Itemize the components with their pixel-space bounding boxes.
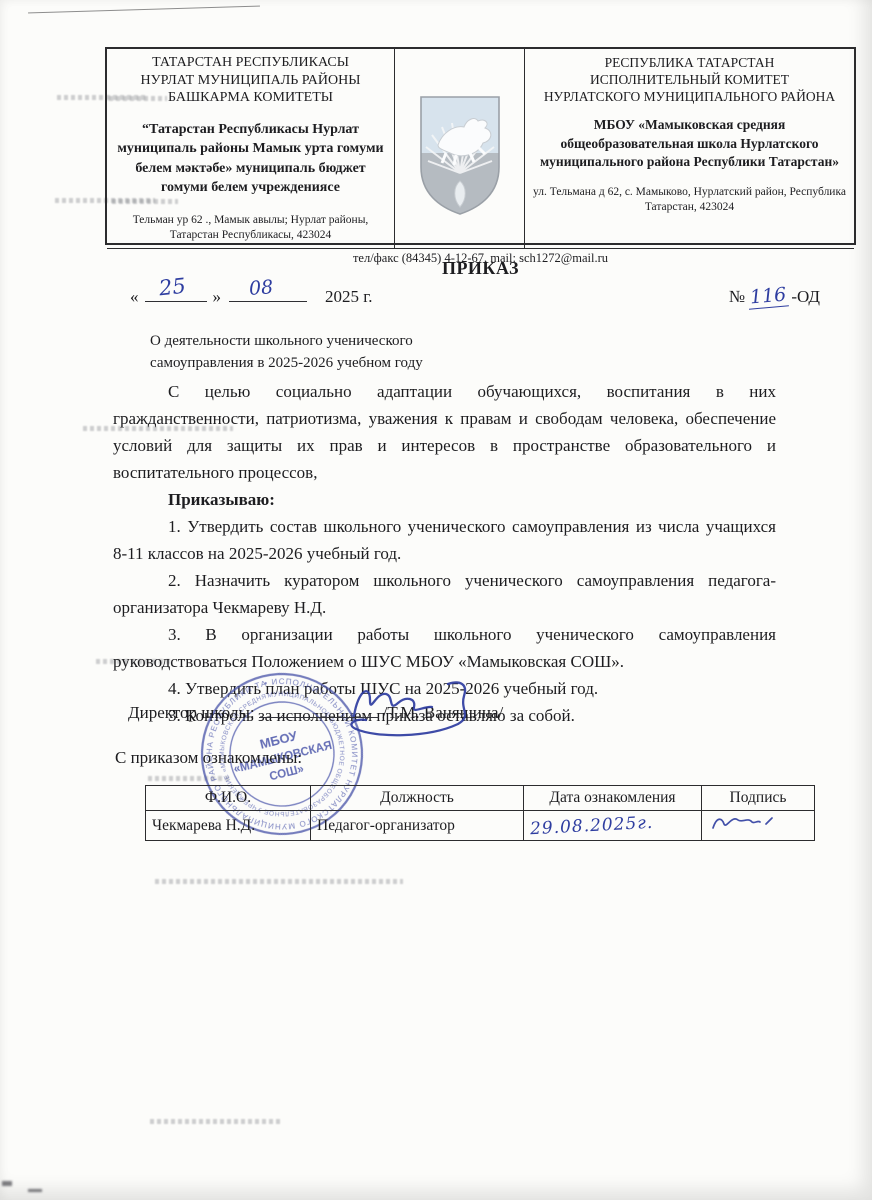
resolve-word: Приказываю: [113,486,776,513]
quote-open: « [130,287,139,307]
address-russian: ул. Тельмана д 62, с. Мамыково, Нурлатск… [532,185,847,215]
director-role-label: Директор школы: [128,703,255,723]
handwritten-month: 08 [248,276,274,300]
order-item: 3. В организации работы школьного ученич… [113,621,776,675]
address-tatar: Тельман ур 62 ., Мамык авылы; Нурлат рай… [114,213,387,243]
letterhead-right-russian: РЕСПУБЛИКА ТАТАРСТАН ИСПОЛНИТЕЛЬНЫЙ КОМИ… [525,49,854,248]
table-row: Чекмарева Н.Д. Педагог-организатор 29.08… [146,811,815,841]
order-item: 1. Утвердить состав школьного ученическо… [113,513,776,567]
order-body: С целью социально адаптации обучающихся,… [113,378,776,729]
month-blank: 08 [229,281,307,302]
order-item: 2. Назначить куратором школьного учениче… [113,567,776,621]
order-title: ПРИКАЗ [105,258,856,279]
ack-signature-icon [708,812,778,834]
cell-fio: Чекмарева Н.Д. [146,811,311,841]
director-signature-line: Директор школы: /Т.М. Ваняшина/ [128,701,503,723]
scanned-order-document: ТАТАРСТАН РЕСПУБЛИКАСЫ НУРЛАТ МУНИЦИПАЛЬ… [0,0,872,1200]
subject-line-2: самоуправления в 2025-2026 учебном году [150,352,423,374]
handwritten-day: 25 [157,274,186,301]
ack-table-header-row: Ф.И.О. Должность Дата ознакомления Подпи… [146,786,815,811]
quote-close: » [213,287,222,307]
col-header-fio: Ф.И.О. [146,786,311,811]
order-number-group: № 116 -ОД [729,285,820,308]
org-line: НУРЛАТ МУНИЦИПАЛЬ РАЙОНЫ [114,72,387,90]
org-line: НУРЛАТСКОГО МУНИЦИПАЛЬНОГО РАЙОНА [532,88,847,105]
order-item: 4. Утвердить план работы ШУС на 2025-202… [113,675,776,702]
ack-table: Ф.И.О. Должность Дата ознакомления Подпи… [145,785,815,841]
order-subject: О деятельности школьного ученического са… [150,330,423,374]
bleed-through-artifact [148,776,230,781]
number-sign: № [729,287,745,307]
scan-edge-artifact [28,6,260,14]
org-line: ТАТАРСТАН РЕСПУБЛИКАСЫ [114,54,387,72]
col-header-date: Дата ознакомления [524,786,702,811]
ack-heading: С приказом ознакомлены: [115,748,302,768]
date-number-line: « 25 » 08 2025 г. № 116 -ОД [130,281,820,308]
number-suffix: -ОД [791,287,820,307]
letterhead-left-tatar: ТАТАРСТАН РЕСПУБЛИКАСЫ НУРЛАТ МУНИЦИПАЛЬ… [107,49,395,248]
cell-signature [702,811,815,841]
director-name: /Т.М. Ваняшина/ [383,703,504,723]
signature-rule [259,701,379,718]
bleed-through-artifact [150,1119,282,1124]
preamble-paragraph: С целью социально адаптации обучающихся,… [113,378,776,486]
subject-line-1: О деятельности школьного ученического [150,330,423,352]
org-line: БАШКАРМА КОМИТЕТЫ [114,89,387,107]
org-line: РЕСПУБЛИКА ТАТАРСТАН [532,54,847,71]
coat-of-arms-icon [412,91,508,219]
col-header-position: Должность [311,786,524,811]
cell-date: 29.08.2025г. [524,811,702,841]
year-label: 2025 г. [325,287,373,307]
handwritten-ack-date: 29.08.2025г. [530,812,654,838]
scan-corner-artifact [28,1189,42,1192]
letterhead: ТАТАРСТАН РЕСПУБЛИКАСЫ НУРЛАТ МУНИЦИПАЛЬ… [105,47,856,245]
emblem-cell [395,49,525,248]
col-header-signature: Подпись [702,786,815,811]
school-name-russian: МБОУ «Мамыковская средняя общеобразовате… [532,116,847,172]
handwritten-order-number: 116 [747,283,789,309]
scan-corner-artifact [2,1181,12,1186]
school-name-tatar: “Татарстан Республикасы Нурлат муниципал… [114,120,387,198]
day-blank: 25 [145,281,207,302]
org-line: ИСПОЛНИТЕЛЬНЫЙ КОМИТЕТ [532,71,847,88]
bleed-through-artifact [155,879,403,884]
cell-position: Педагог-организатор [311,811,524,841]
